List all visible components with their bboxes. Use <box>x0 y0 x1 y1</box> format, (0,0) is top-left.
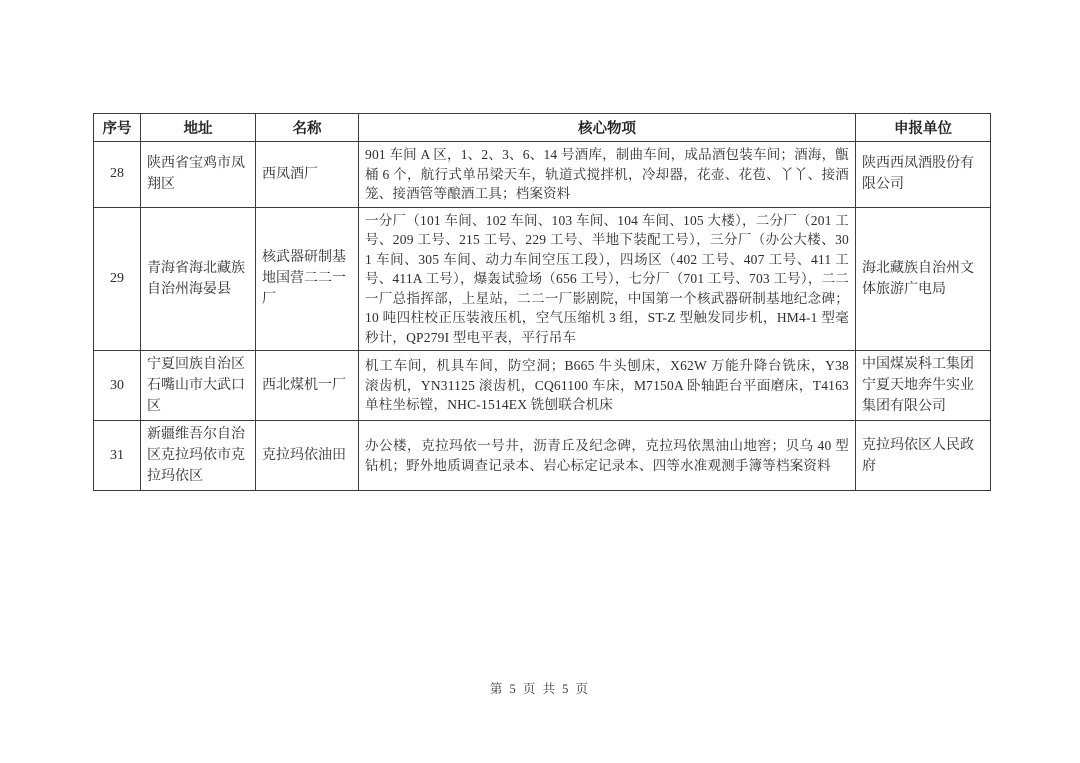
table-header-row: 序号 地址 名称 核心物项 申报单位 <box>94 114 991 142</box>
table-row: 29 青海省海北藏族自治州海晏县 核武器研制基地国营二二一厂 一分厂（101 车… <box>94 207 991 351</box>
cell-no: 31 <box>94 421 141 491</box>
cell-name: 西凤酒厂 <box>256 142 359 208</box>
cell-address: 宁夏回族自治区石嘴山市大武口区 <box>141 351 256 421</box>
cell-unit: 海北藏族自治州文体旅游广电局 <box>856 207 991 351</box>
cell-address: 青海省海北藏族自治州海晏县 <box>141 207 256 351</box>
cell-unit: 克拉玛依区人民政府 <box>856 421 991 491</box>
cell-unit: 陕西西凤酒股份有限公司 <box>856 142 991 208</box>
col-header-name: 名称 <box>256 114 359 142</box>
cell-address: 新疆维吾尔自治区克拉玛依市克拉玛依区 <box>141 421 256 491</box>
col-header-address: 地址 <box>141 114 256 142</box>
cell-items: 一分厂（101 车间、102 车间、103 车间、104 车间、105 大楼），… <box>359 207 856 351</box>
cell-items: 901 车间 A 区，1、2、3、6、14 号酒库，制曲车间，成品酒包装车间；酒… <box>359 142 856 208</box>
table-row: 31 新疆维吾尔自治区克拉玛依市克拉玛依区 克拉玛依油田 办公楼，克拉玛依一号井… <box>94 421 991 491</box>
table-row: 30 宁夏回族自治区石嘴山市大武口区 西北煤机一厂 机工车间，机具车间，防空洞；… <box>94 351 991 421</box>
cell-no: 29 <box>94 207 141 351</box>
page-number-indicator: 第 5 页 共 5 页 <box>0 679 1080 697</box>
cell-name: 克拉玛依油田 <box>256 421 359 491</box>
col-header-no: 序号 <box>94 114 141 142</box>
cell-address: 陕西省宝鸡市凤翔区 <box>141 142 256 208</box>
cell-name: 西北煤机一厂 <box>256 351 359 421</box>
table-row: 28 陕西省宝鸡市凤翔区 西凤酒厂 901 车间 A 区，1、2、3、6、14 … <box>94 142 991 208</box>
cell-items: 办公楼，克拉玛依一号井，沥青丘及纪念碑，克拉玛依黑油山地窖；贝乌 40 型钻机；… <box>359 421 856 491</box>
cell-unit: 中国煤炭科工集团宁夏天地奔牛实业集团有限公司 <box>856 351 991 421</box>
cell-no: 28 <box>94 142 141 208</box>
cell-no: 30 <box>94 351 141 421</box>
col-header-items: 核心物项 <box>359 114 856 142</box>
col-header-unit: 申报单位 <box>856 114 991 142</box>
antiquities-table: 序号 地址 名称 核心物项 申报单位 28 陕西省宝鸡市凤翔区 西凤酒厂 901… <box>93 113 991 491</box>
document-page: 序号 地址 名称 核心物项 申报单位 28 陕西省宝鸡市凤翔区 西凤酒厂 901… <box>0 0 1080 763</box>
cell-name: 核武器研制基地国营二二一厂 <box>256 207 359 351</box>
cell-items: 机工车间，机具车间，防空洞；B665 牛头刨床，X62W 万能升降台铣床，Y38… <box>359 351 856 421</box>
